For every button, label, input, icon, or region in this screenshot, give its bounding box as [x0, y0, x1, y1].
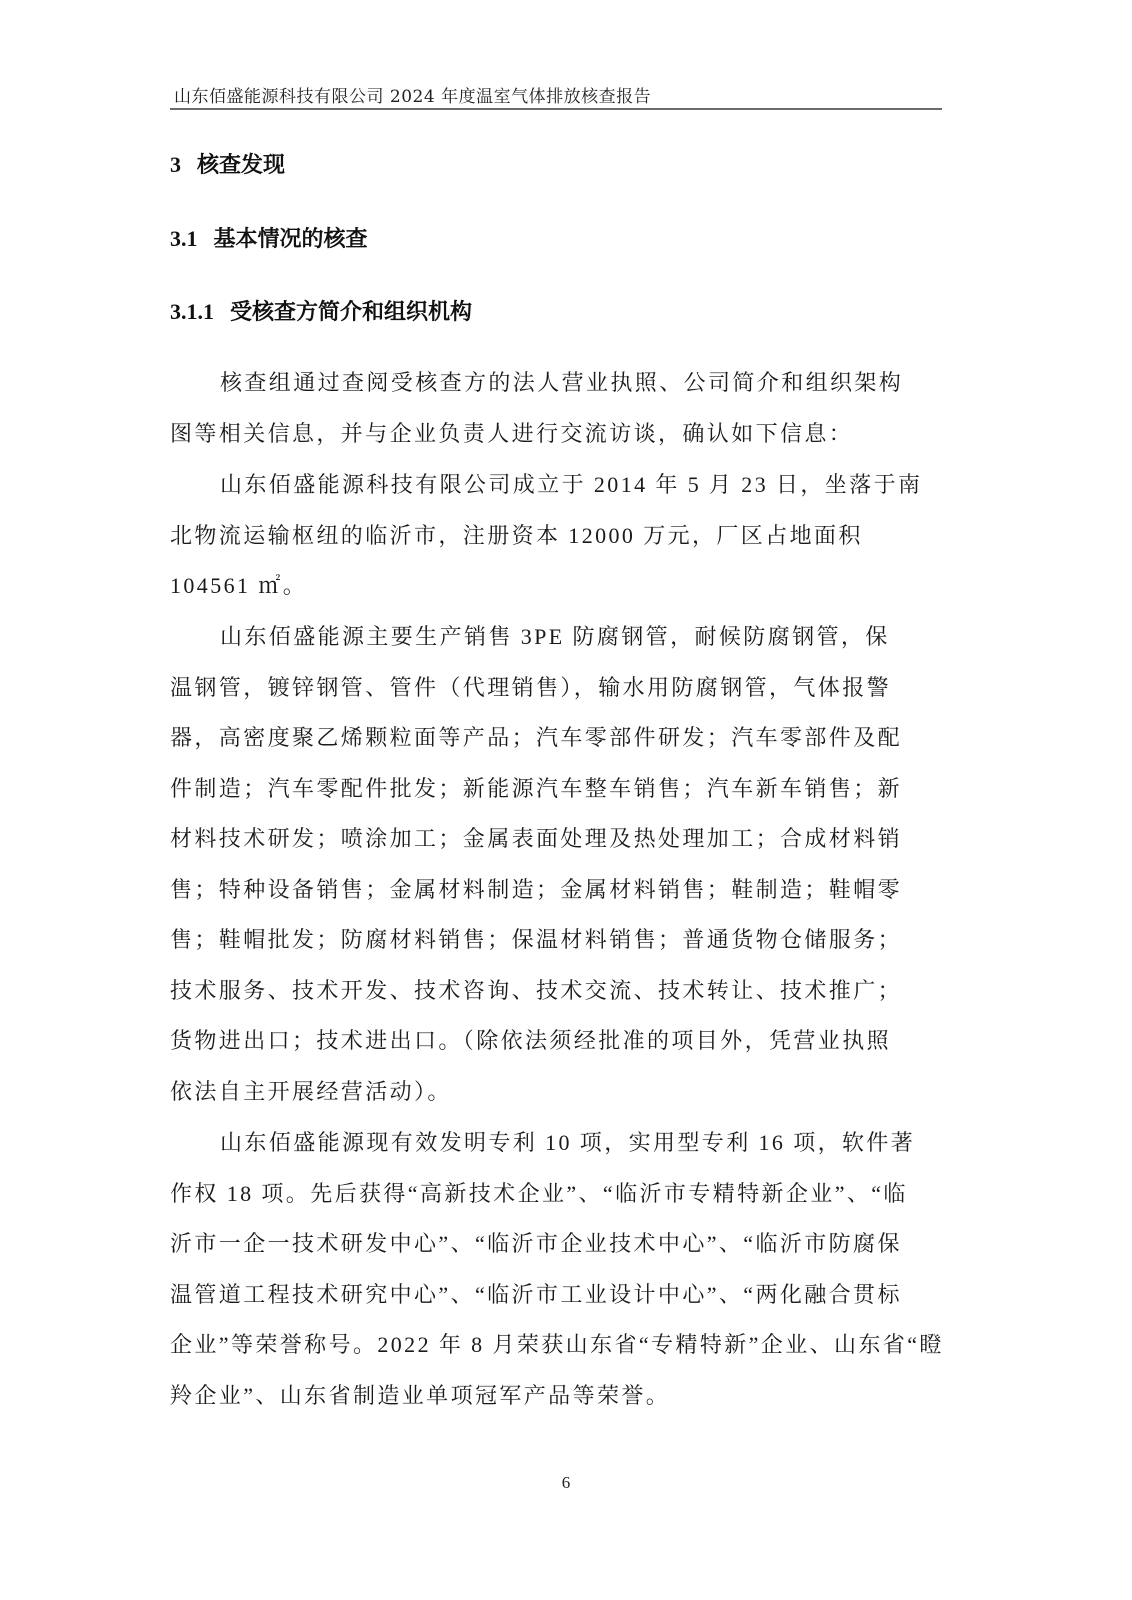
page-number: 6 — [0, 1473, 1132, 1493]
section-heading-3-1-1: 3.1.1受核查方简介和组织机构 — [170, 295, 472, 326]
paragraph-business-scope: 山东佰盛能源主要生产销售 3PE 防腐钢管，耐候防腐钢管，保 温钢管，镀锌钢管、… — [170, 612, 942, 1117]
paragraph-patents-honors: 山东佰盛能源现有效发明专利 10 项，实用型专利 16 项，软件著 作权 18 … — [170, 1118, 942, 1421]
section-title: 基本情况的核查 — [214, 226, 368, 251]
paragraph-line: 图等相关信息，并与企业负责人进行交流访谈，确认如下信息： — [170, 409, 942, 460]
section-number: 3.1 — [170, 226, 198, 251]
paragraph-line: 材料技术研发；喷涂加工；金属表面处理及热处理加工；合成材料销 — [170, 814, 942, 865]
paragraph-company-founding: 山东佰盛能源科技有限公司成立于 2014 年 5 月 23 日，坐落于南 北物流… — [170, 460, 942, 612]
paragraph-line: 温管道工程技术研究中心”、“临沂市工业设计中心”、“两化融合贯标 — [170, 1270, 942, 1321]
section-heading-3-1: 3.1基本情况的核查 — [170, 222, 368, 253]
paragraph-line: 货物进出口；技术进出口。（除依法须经批准的项目外，凭营业执照 — [170, 1016, 942, 1067]
paragraph-line: 作权 18 项。先后获得“高新技术企业”、“临沂市专精特新企业”、“临 — [170, 1169, 942, 1220]
paragraph-line: 售；特种设备销售；金属材料制造；金属材料销售；鞋制造；鞋帽零 — [170, 865, 942, 916]
paragraph-line: 山东佰盛能源主要生产销售 3PE 防腐钢管，耐候防腐钢管，保 — [170, 612, 942, 663]
paragraph-line: 温钢管，镀锌钢管、管件（代理销售），输水用防腐钢管，气体报警 — [170, 663, 942, 714]
section-title: 受核查方简介和组织机构 — [230, 299, 472, 324]
paragraph-line: 企业”等荣誉称号。2022 年 8 月荣获山东省“专精特新”企业、山东省“瞪 — [170, 1320, 942, 1371]
section-number: 3.1.1 — [170, 299, 214, 324]
report-title-header: 山东佰盛能源科技有限公司 2024 年度温室气体排放核查报告 — [174, 82, 651, 107]
paragraph-line: 北物流运输枢纽的临沂市，注册资本 12000 万元，厂区占地面积 — [170, 511, 942, 562]
paragraph-line: 山东佰盛能源科技有限公司成立于 2014 年 5 月 23 日，坐落于南 — [170, 460, 942, 511]
paragraph-line: 技术服务、技术开发、技术咨询、技术交流、技术转让、技术推广； — [170, 966, 942, 1017]
paragraph-line: 售；鞋帽批发；防腐材料销售；保温材料销售；普通货物仓储服务； — [170, 915, 942, 966]
paragraph-line: 件制造；汽车零配件批发；新能源汽车整车销售；汽车新车销售；新 — [170, 764, 942, 815]
paragraph-line: 器，高密度聚乙烯颗粒面等产品；汽车零部件研发；汽车零部件及配 — [170, 713, 942, 764]
paragraph-line: 104561 ㎡。 — [170, 561, 942, 612]
section-title: 核查发现 — [197, 152, 285, 177]
paragraph-line: 核查组通过查阅受核查方的法人营业执照、公司简介和组织架构 — [170, 358, 942, 409]
section-heading-3: 3核查发现 — [170, 148, 285, 179]
paragraph-line: 依法自主开展经营活动）。 — [170, 1067, 942, 1118]
paragraph-line: 羚企业”、山东省制造业单项冠军产品等荣誉。 — [170, 1371, 942, 1422]
section-number: 3 — [170, 152, 181, 177]
page-header: 山东佰盛能源科技有限公司 2024 年度温室气体排放核查报告 — [170, 80, 942, 110]
paragraph-line: 山东佰盛能源现有效发明专利 10 项，实用型专利 16 项，软件著 — [170, 1118, 942, 1169]
paragraph-verification-method: 核查组通过查阅受核查方的法人营业执照、公司简介和组织架构 图等相关信息，并与企业… — [170, 358, 942, 459]
paragraph-line: 沂市一企一技术研发中心”、“临沂市企业技术中心”、“临沂市防腐保 — [170, 1219, 942, 1270]
